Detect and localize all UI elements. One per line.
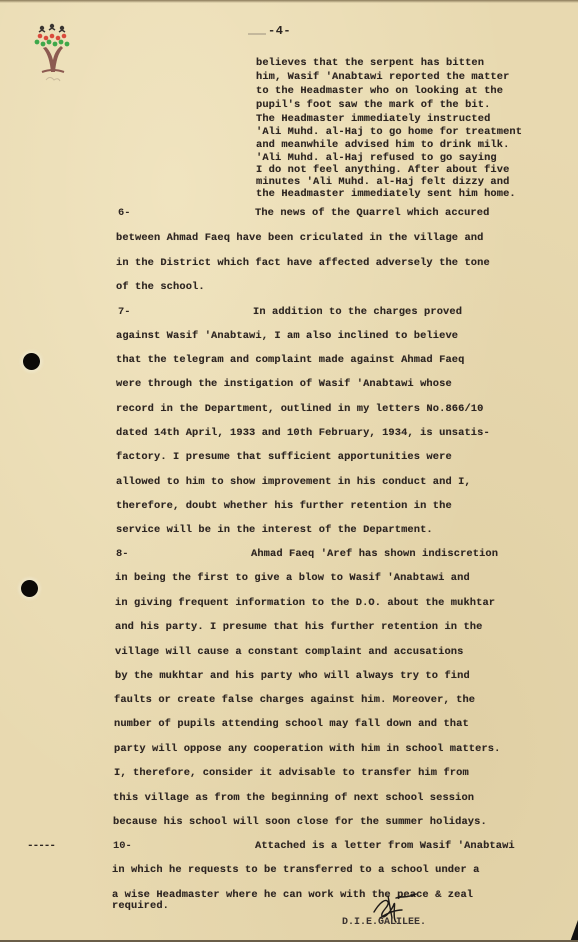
- text-line: The news of the Quarrel which accured: [255, 207, 489, 219]
- text-line: faults or create false charges against h…: [114, 694, 475, 706]
- text-line: Attached is a letter from Wasif 'Anabtaw…: [255, 840, 515, 852]
- text-line: service will be in the interest of the D…: [116, 524, 433, 536]
- text-line: in giving frequent information to the D.…: [115, 597, 495, 609]
- text-line: him, Wasif 'Anabtawi reported the matter: [256, 71, 509, 83]
- text-line: the Headmaster immediately sent him home…: [256, 188, 516, 200]
- text-line: I do not feel anything. After about five: [256, 164, 509, 176]
- text-line: 'Ali Muhd. al-Haj to go home for treatme…: [256, 126, 522, 138]
- tree-logo-icon: [28, 14, 78, 84]
- text-line: factory. I presume that sufficient appor…: [116, 451, 452, 463]
- paragraph-number: 8-: [116, 548, 128, 560]
- paragraph-number: 10-: [113, 840, 132, 852]
- text-line: that the telegram and complaint made aga…: [116, 354, 464, 366]
- text-line: and meanwhile advised him to drink milk.: [256, 139, 509, 151]
- text-line: believes that the serpent has bitten: [256, 57, 484, 69]
- signature-block: D.I.E.GALILEE.: [342, 917, 426, 928]
- ink-smudge: [248, 33, 266, 35]
- text-line: Ahmad Faeq 'Aref has shown indiscretion: [251, 548, 498, 560]
- text-line: in which he requests to be transferred t…: [112, 864, 479, 876]
- document-page: -4- ----- believes that the serpent has …: [0, 0, 578, 942]
- text-line: I, therefore, consider it advisable to t…: [114, 767, 469, 779]
- text-line: by the mukhtar and his party who will al…: [115, 670, 470, 682]
- text-line: and his party. I presume that his furthe…: [115, 621, 482, 633]
- text-line: In addition to the charges proved: [253, 306, 462, 318]
- text-line: dated 14th April, 1933 and 10th February…: [116, 427, 490, 439]
- text-line: minutes 'Ali Muhd. al-Haj felt dizzy and: [256, 176, 509, 188]
- text-line: number of pupils attending school may fa…: [114, 718, 469, 730]
- text-line: pupil's foot saw the mark of the bit.: [256, 99, 490, 111]
- text-line: because his school will soon close for t…: [113, 816, 487, 828]
- text-line: were through the instigation of Wasif 'A…: [116, 378, 452, 390]
- text-line: party will oppose any cooperation with h…: [114, 743, 500, 755]
- page-corner-shadow: [570, 920, 578, 942]
- page-number: -4-: [268, 24, 291, 38]
- text-line: this village as from the beginning of ne…: [113, 792, 474, 804]
- margin-mark: -----: [27, 840, 55, 852]
- text-line: of the school.: [116, 281, 205, 293]
- text-line: to the Headmaster who on looking at the: [256, 85, 503, 97]
- text-line: allowed to him to show improvement in hi…: [116, 476, 471, 488]
- paragraph-number: 6-: [118, 207, 130, 219]
- text-line: The Headmaster immediately instructed: [256, 113, 490, 125]
- text-line: therefore, doubt whether his further ret…: [116, 500, 452, 512]
- text-line: required.: [112, 900, 169, 912]
- paragraph-number: 7-: [118, 306, 130, 318]
- page-top-edge: [0, 0, 578, 3]
- text-line: between Ahmad Faeq have been criculated …: [116, 232, 483, 244]
- text-line: against Wasif 'Anabtawi, I am also incli…: [116, 330, 458, 342]
- punch-hole: [23, 353, 40, 370]
- text-line: village will cause a constant complaint …: [115, 646, 463, 658]
- text-line: in being the first to give a blow to Was…: [115, 572, 470, 584]
- text-line: in the District which fact have affected…: [116, 257, 490, 269]
- text-line: record in the Department, outlined in my…: [116, 403, 483, 415]
- punch-hole: [21, 580, 38, 597]
- text-line: 'Ali Muhd. al-Haj refused to go saying: [256, 152, 497, 164]
